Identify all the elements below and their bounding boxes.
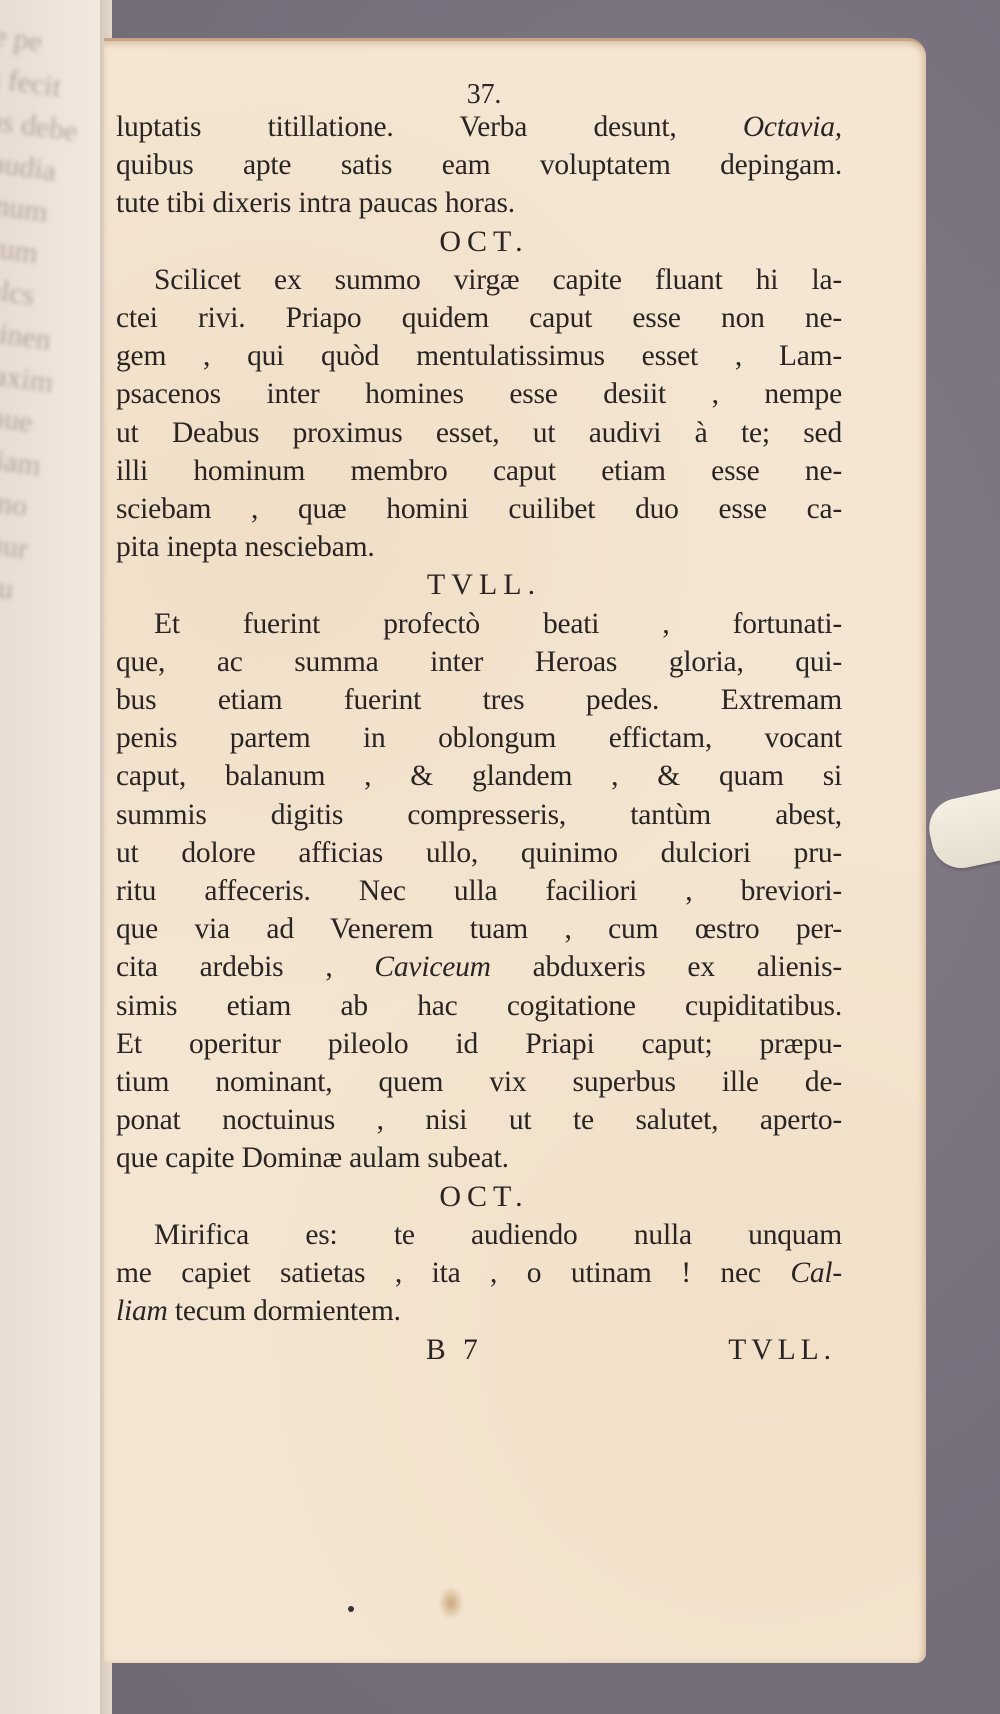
- speaker-heading-tvll: TVLL.: [116, 566, 842, 604]
- speaker-heading-oct: OCT.: [116, 223, 842, 261]
- text-line: summis digitis compresseris, tantùm abes…: [116, 796, 842, 834]
- catchword: TVLL.: [728, 1331, 836, 1369]
- text-line: caput, balanum , & glandem , & quam si: [116, 757, 842, 795]
- text-line: que via ad Venerem tuam , cum œstro per-: [116, 910, 842, 948]
- text-line: gem , qui quòd mentulatissimus esset , L…: [116, 337, 842, 375]
- text-line: tium nominant, quem vix superbus ille de…: [116, 1063, 842, 1101]
- paper-stain: [438, 1586, 464, 1620]
- text-line: que capite Dominæ aulam subeat.: [116, 1139, 842, 1177]
- text-line: Et operitur pileolo id Priapi caput; præ…: [116, 1025, 842, 1063]
- page-number: 37.: [116, 82, 842, 108]
- text-line: penis partem in oblongum effictam, vocan…: [116, 719, 842, 757]
- bookmark-tab: [924, 786, 1000, 873]
- text-line: psacenos inter homines esse desiit , nem…: [116, 375, 842, 413]
- text-line: bus etiam fuerint tres pedes. Extremam: [116, 681, 842, 719]
- text-line: Mirifica es: te audiendo nulla unquam: [116, 1216, 842, 1254]
- text-line: illi hominum membro caput etiam esse ne-: [116, 452, 842, 490]
- facing-page-ghost-text: quæ pentus fecitm eas deberis gaudiahomi…: [0, 10, 112, 947]
- text-line: liam tecum dormientem.: [116, 1292, 842, 1330]
- text-line: quibus apte satis eam voluptatem depinga…: [116, 146, 842, 184]
- page-footer: B 7 TVLL.: [116, 1331, 842, 1369]
- ink-speck: [348, 1606, 354, 1612]
- text-line: cita ardebis , Caviceum abduxeris ex ali…: [116, 948, 842, 986]
- text-line: sciebam , quæ homini cuilibet duo esse c…: [116, 490, 842, 528]
- text-line: ctei rivi. Priapo quidem caput esse non …: [116, 299, 842, 337]
- text-line: Et fuerint profectò beati , fortunati-: [116, 605, 842, 643]
- text-line: luptatis titillatione. Verba desunt, Oct…: [116, 108, 842, 146]
- text-line: tute tibi dixeris intra paucas horas.: [116, 184, 842, 222]
- facing-page-blurred: quæ pentus fecitm eas deberis gaudiahomi…: [0, 0, 112, 1714]
- text-line: Scilicet ex summo virgæ capite fluant hi…: [116, 261, 842, 299]
- signature-mark: B 7: [426, 1331, 483, 1369]
- text-line: ut Deabus proximus esset, ut audivi à te…: [116, 414, 842, 452]
- text-line: ut dolore afficias ullo, quinimo dulcior…: [116, 834, 842, 872]
- speaker-heading-oct: OCT.: [116, 1178, 842, 1216]
- text-line: me capiet satietas , ita , o utinam ! ne…: [116, 1254, 842, 1292]
- text-line: ritu affeceris. Nec ulla faciliori , bre…: [116, 872, 842, 910]
- page-text-block: 37. luptatis titillatione. Verba desunt,…: [116, 82, 842, 1369]
- text-line: que, ac summa inter Heroas gloria, qui-: [116, 643, 842, 681]
- text-line: pita inepta nesciebam.: [116, 528, 842, 566]
- text-line: simis etiam ab hac cogitatione cupiditat…: [116, 987, 842, 1025]
- text-line: ponat noctuinus , nisi ut te salutet, ap…: [116, 1101, 842, 1139]
